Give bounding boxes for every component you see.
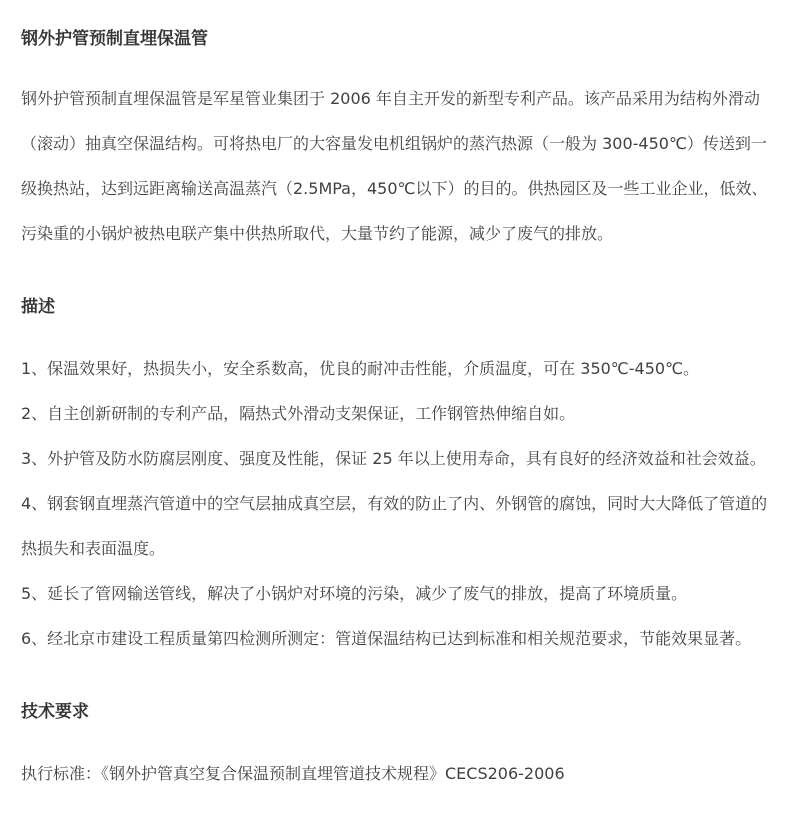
intro-paragraph: 钢外护管预制直埋保温管是军星管业集团于 2006 年自主开发的新型专利产品。该产…: [21, 76, 770, 256]
page-title: 钢外护管预制直埋保温管: [21, 28, 770, 50]
technical-requirements-heading: 技术要求: [21, 701, 770, 723]
description-list: 1、保温效果好，热损失小，安全系数高，优良的耐冲击性能，介质温度，可在 350℃…: [21, 346, 770, 661]
description-item-4: 4、钢套钢直埋蒸汽管道中的空气层抽成真空层，有效的防止了内、外钢管的腐蚀，同时大…: [21, 481, 770, 571]
description-item-1: 1、保温效果好，热损失小，安全系数高，优良的耐冲击性能，介质温度，可在 350℃…: [21, 346, 770, 391]
description-item-6: 6、经北京市建设工程质量第四检测所测定：管道保温结构已达到标准和相关规范要求，节…: [21, 616, 770, 661]
description-item-2: 2、自主创新研制的专利产品，隔热式外滑动支架保证，工作钢管热伸缩自如。: [21, 391, 770, 436]
description-item-3: 3、外护管及防水防腐层刚度、强度及性能，保证 25 年以上使用寿命，具有良好的经…: [21, 436, 770, 481]
description-heading: 描述: [21, 296, 770, 318]
execution-standard: 执行标准：《钢外护管真空复合保温预制直埋管道技术规程》CECS206-2006: [21, 751, 770, 796]
product-document: 钢外护管预制直埋保温管 钢外护管预制直埋保温管是军星管业集团于 2006 年自主…: [0, 0, 800, 836]
description-item-5: 5、延长了管网输送管线，解决了小锅炉对环境的污染，减少了废气的排放，提高了环境质…: [21, 571, 770, 616]
